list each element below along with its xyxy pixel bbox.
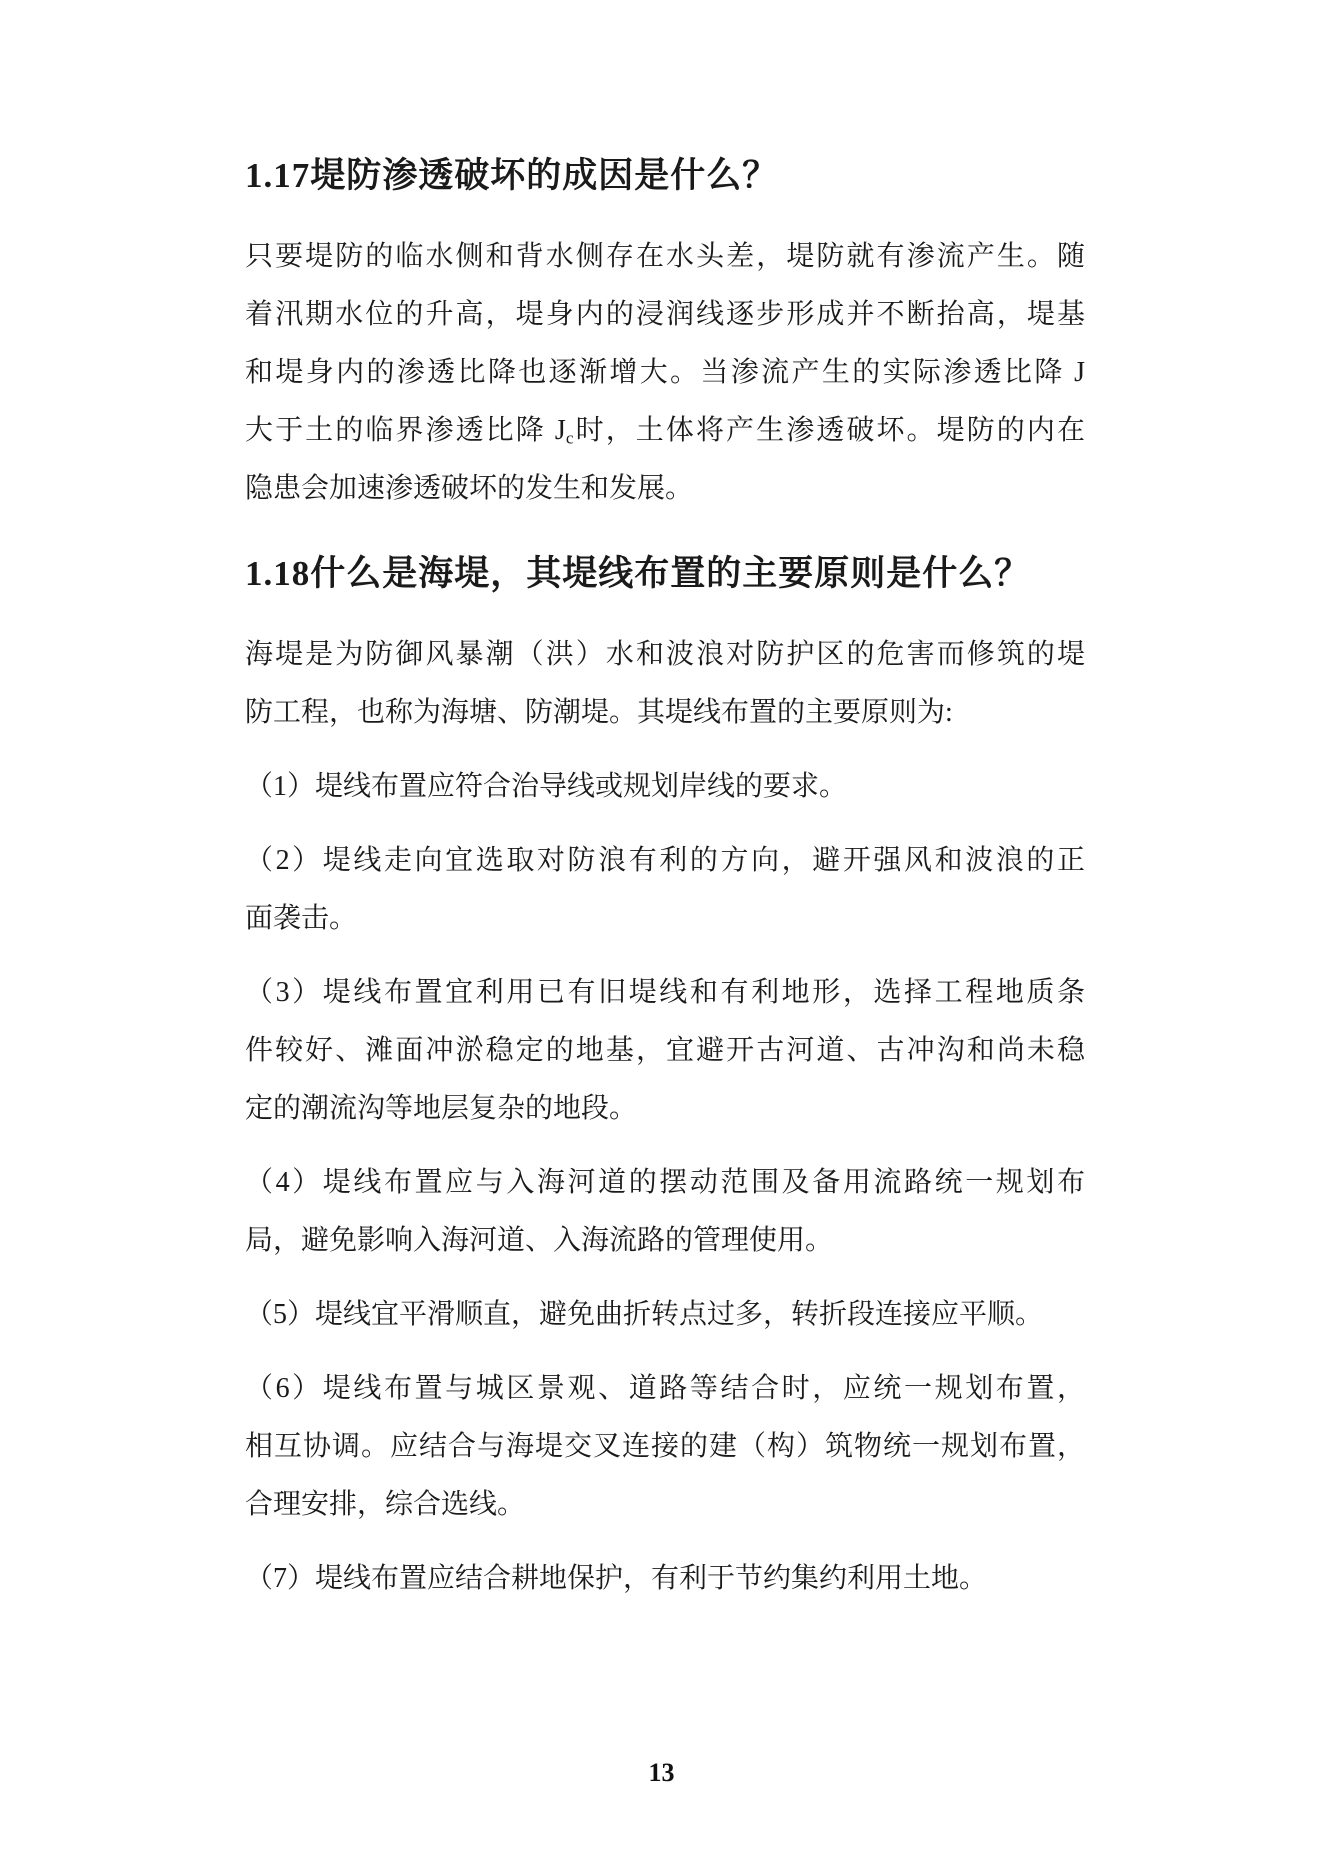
text-line: 面袭击。: [245, 890, 1085, 948]
text-line: 海堤是为防御风暴潮（洪）水和波浪对防护区的危害而修筑的堤: [245, 626, 1085, 684]
text-line: 着汛期水位的升高，堤身内的浸润线逐步形成并不断抬高，堤基: [245, 286, 1085, 344]
list-item: （1）堤线布置应符合治导线或规划岸线的要求。: [245, 758, 1085, 816]
text-line: （3）堤线布置宜利用已有旧堤线和有利地形，选择工程地质条: [245, 964, 1085, 1022]
paragraph: 海堤是为防御风暴潮（洪）水和波浪对防护区的危害而修筑的堤防工程，也称为海塘、防潮…: [245, 626, 1085, 742]
text-line: （6）堤线布置与城区景观、道路等结合时，应统一规划布置，: [245, 1360, 1085, 1418]
text-line: 防工程，也称为海塘、防潮堤。其堤线布置的主要原则为:: [245, 684, 1085, 742]
text-line: （7）堤线布置应结合耕地保护，有利于节约集约利用土地。: [245, 1550, 1085, 1608]
section-heading: 1.17堤防渗透破坏的成因是什么？: [245, 150, 1085, 202]
document-page: 1.17堤防渗透破坏的成因是什么？只要堤防的临水侧和背水侧存在水头差，堤防就有渗…: [0, 0, 1323, 1871]
text-line: 和堤身内的渗透比降也逐渐增大。当渗流产生的实际渗透比降 J: [245, 344, 1085, 402]
section-heading: 1.18什么是海堤，其堤线布置的主要原则是什么？: [245, 548, 1085, 600]
text-line: 隐患会加速渗透破坏的发生和发展。: [245, 460, 1085, 518]
text-line: 相互协调。应结合与海堤交叉连接的建（构）筑物统一规划布置，: [245, 1418, 1085, 1476]
document-content: 1.17堤防渗透破坏的成因是什么？只要堤防的临水侧和背水侧存在水头差，堤防就有渗…: [245, 150, 1085, 1608]
list-item: （3）堤线布置宜利用已有旧堤线和有利地形，选择工程地质条件较好、滩面冲淤稳定的地…: [245, 964, 1085, 1138]
text-line: 大于土的临界渗透比降 Jc时，土体将产生渗透破坏。堤防的内在: [245, 402, 1085, 460]
text-line: （5）堤线宜平滑顺直，避免曲折转点过多，转折段连接应平顺。: [245, 1286, 1085, 1344]
text-line: （4）堤线布置应与入海河道的摆动范围及备用流路统一规划布: [245, 1154, 1085, 1212]
text-line: 局，避免影响入海河道、入海流路的管理使用。: [245, 1212, 1085, 1270]
text-line: 定的潮流沟等地层复杂的地段。: [245, 1080, 1085, 1138]
paragraph: 只要堤防的临水侧和背水侧存在水头差，堤防就有渗流产生。随着汛期水位的升高，堤身内…: [245, 228, 1085, 518]
text-line: 合理安排，综合选线。: [245, 1476, 1085, 1534]
text-line: 只要堤防的临水侧和背水侧存在水头差，堤防就有渗流产生。随: [245, 228, 1085, 286]
text-line: 件较好、滩面冲淤稳定的地基，宜避开古河道、古冲沟和尚未稳: [245, 1022, 1085, 1080]
list-item: （5）堤线宜平滑顺直，避免曲折转点过多，转折段连接应平顺。: [245, 1286, 1085, 1344]
list-item: （2）堤线走向宜选取对防浪有利的方向，避开强风和波浪的正面袭击。: [245, 832, 1085, 948]
text-line: （2）堤线走向宜选取对防浪有利的方向，避开强风和波浪的正: [245, 832, 1085, 890]
list-item: （7）堤线布置应结合耕地保护，有利于节约集约利用土地。: [245, 1550, 1085, 1608]
text-line: （1）堤线布置应符合治导线或规划岸线的要求。: [245, 758, 1085, 816]
page-number: 13: [0, 1758, 1323, 1788]
list-item: （4）堤线布置应与入海河道的摆动范围及备用流路统一规划布局，避免影响入海河道、入…: [245, 1154, 1085, 1270]
list-item: （6）堤线布置与城区景观、道路等结合时，应统一规划布置，相互协调。应结合与海堤交…: [245, 1360, 1085, 1534]
